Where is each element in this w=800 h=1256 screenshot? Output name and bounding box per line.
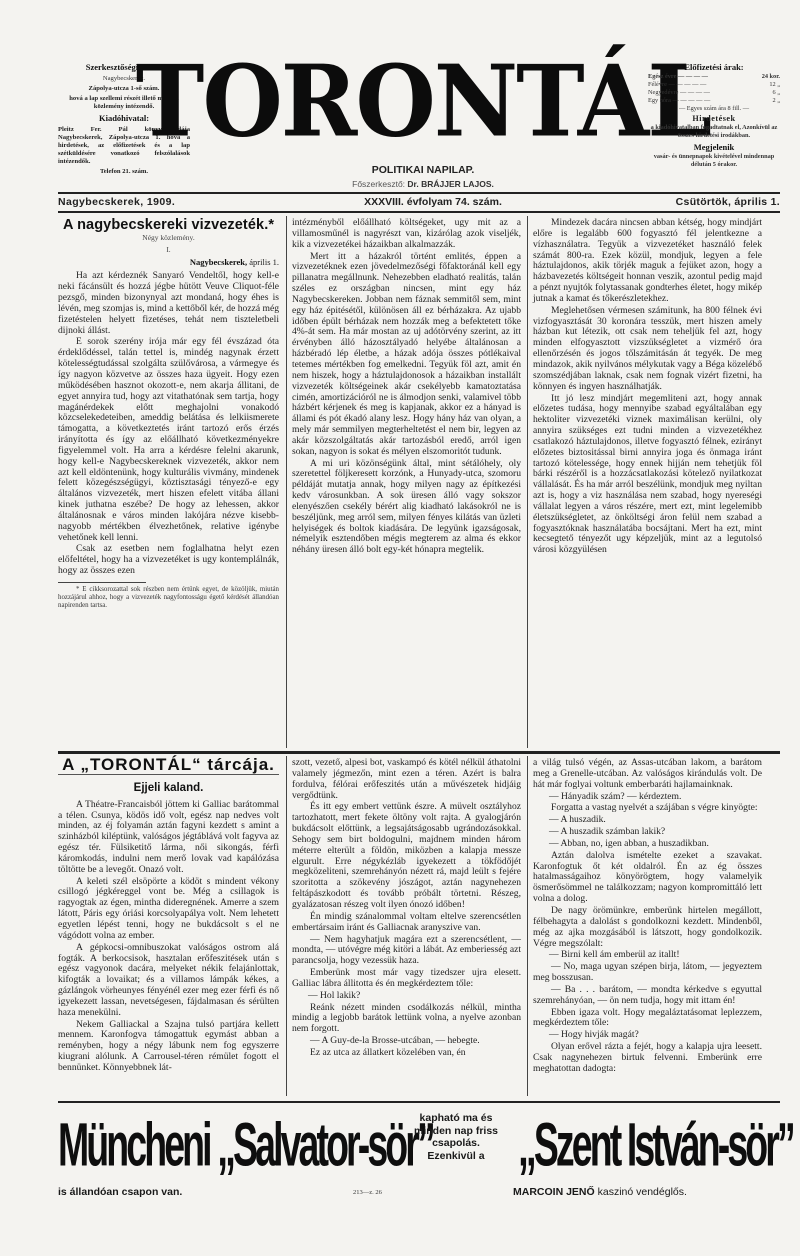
article-column-1: A nagybecskereki vizvezeték.* Négy közle… [58,216,279,748]
ads-text: a kiadóhivatalban fogadtatnak el, Azonkí… [648,124,780,140]
dialogue-line: — A huszadik. [533,815,762,826]
article-dateline: Nagybecskerek, április 1. [58,257,279,268]
newspaper-subtitle: POLITIKAI NAPILAP. [208,164,638,176]
single-issue-price: — Egyes szám ára 8 fill. — [648,105,780,113]
appears-heading: Megjelenik [648,142,780,153]
divider [58,211,780,213]
editor-name: Dr. BRÁJJER LAJOS. [407,179,493,189]
paragraph: — A Guy-de-la Brosse-utcában, — hebegte. [292,1036,521,1047]
paragraph: És itt egy embert vettünk észre. A müvel… [292,802,521,910]
paragraph: Csak az esetben nem foglalhatna helyt ez… [58,544,279,577]
paragraph: E sorok szerény irója már egy fél évszáz… [58,337,279,543]
availability-text: kapható ma és minden nap friss csapolás.… [396,1112,516,1162]
column-divider [286,216,287,748]
paragraph: szott, vezető, alpesi bot, vaskampó és k… [292,758,521,801]
dateline-bar: Nagybecskerek, 1909. XXXVIII. évfolyam 7… [58,196,780,210]
price-row: Félévre — — — — —12 „ [648,81,780,89]
dialogue-line: — Hol lakik? [292,991,521,1002]
dialogue-line: — A huszadik számban lakik? [533,827,762,838]
newspaper-page: Szerkesztőségi iroda: Nagybecskerek. Záp… [58,48,780,1238]
paragraph: Ez az utca az állatkert közelében van, é… [292,1048,521,1059]
subscription-box: Előfizetési árak: Egész évre — — — —24 k… [648,62,780,169]
paragraph: Nekem Galliackal a Szajna tulsó partjára… [58,1020,279,1074]
weekday-date: Csütörtök, április 1. [676,196,780,208]
ad-code: 213—z. 26 [353,1189,382,1196]
paragraph: A gépkocsi-omnibuszokat valóságos ostrom… [58,943,279,1019]
paragraph: A keleti szél elsöpörte a ködöt s minden… [58,877,279,942]
dialogue-line: — Hogy hivják magát? [533,1030,762,1041]
footnote: * E cikksorozattal sok részben nem értün… [58,586,279,610]
article-column-3: Mindezek dacára nincsen abban kétség, ho… [533,218,762,748]
feuilleton-column-3: a világ tulsó végén, az Assas-utcában la… [533,758,762,1096]
editor-label: Főszerkesztő: [352,179,405,189]
paragraph: Ha azt kérdeznék Sanyaró Vendeltől, hogy… [58,271,279,336]
paragraph: Olyan erővel rázta a fejét, hogy a kalap… [533,1042,762,1075]
paragraph: — Ba . . . barátom, — mondta kérkedve s … [533,985,762,1007]
article-subtitle: Négy közlemény. [58,233,279,244]
divider [58,192,780,194]
paragraph: Ebben igaza volt. Hogy megaláztatásomat … [533,1008,762,1030]
paragraph: — Nem hagyhatjuk magára ezt a szerencsét… [292,935,521,968]
story-title: Ejjeli kaland. [58,783,279,794]
paragraph: a világ tulsó végén, az Assas-utcában la… [533,758,762,791]
appears-text: vasár- és ünnepnapok kivételével mindenn… [648,153,780,169]
editor-in-chief: Főszerkesztő: Dr. BRÁJJER LAJOS. [208,179,638,189]
newspaper-title: TORONTÁL [217,51,630,151]
always-on-tap-text: is állandóan csapon van. [58,1186,182,1198]
dialogue-line: — Birni kell ám emberül az itallt! [533,950,762,961]
column-divider [286,756,287,1096]
paragraph: — No, maga ugyan szépen birja, látom, — … [533,962,762,984]
footnote-divider [58,582,146,583]
paragraph: A mi uri közönségünk által, mint sétálóh… [292,459,521,557]
paragraph: Mert itt a házakról történt emlités, épp… [292,252,521,458]
price-row: Egy hóra — — — — —2 „ [648,97,780,105]
telephone: Telefon 21. szám. [58,168,190,176]
section-divider [58,751,780,754]
feuilleton-title: A „TORONTÁL“ tárcája. [58,760,279,771]
paragraph: Én mindig szánalommal voltam eltelve sze… [292,912,521,934]
section-divider [58,1101,780,1103]
article-title: A nagybecskereki vizvezeték.* [58,220,279,231]
ads-heading: Hirdetések [648,113,780,124]
paragraph: Meglehetősen vérmesen számitunk, ha 800 … [533,306,762,393]
subscription-heading: Előfizetési árak: [648,62,780,73]
paragraph: A Théatre-Francaisból jöttem ki Galliac … [58,800,279,876]
salvator-beer-headline: Müncheni „Salvator-sör” [58,1110,433,1181]
price-row: Egész évre — — — —24 kor. [648,73,780,81]
dialogue-line: — Abban, no, igen abban, a huszadikban. [533,839,762,850]
paragraph: Emberünk most már vagy tizedszer ujra el… [292,968,521,990]
paragraph: Reánk nézett minden csodálkozás nélkül, … [292,1003,521,1036]
paragraph: Forgatta a vastag nyelvét a szájában s v… [533,803,762,814]
paragraph: De nagy örömünkre, emberünk hirtelen meg… [533,906,762,949]
article-part: I. [58,245,279,256]
article-column-2: intézményből előállható költségeket, ugy… [292,218,521,748]
paragraph: Mindezek dacára nincsen abban kétség, ho… [533,218,762,305]
price-row: Negyedévre — — — —6 „ [648,89,780,97]
paragraph: intézményből előállható költségeket, ugy… [292,218,521,251]
paragraph: Aztán dalolva ismételte ezeket a szavaka… [533,851,762,905]
advertiser-name: MARCOIN JENŐ kaszinó vendéglős. [513,1186,687,1198]
feuilleton-column-2: szott, vezető, alpesi bot, vaskampó és k… [292,758,521,1096]
column-divider [527,756,528,1096]
szent-istvan-beer-headline: „Szent István-sör” [518,1110,793,1181]
feuilleton-column-1: A „TORONTÁL“ tárcája. Ejjeli kaland. A T… [58,760,279,1098]
column-divider [527,216,528,748]
beer-advertisement: Müncheni „Salvator-sör” kapható ma és mi… [58,1110,780,1200]
paragraph: Itt jó lesz mindjárt megemliteni azt, ho… [533,394,762,557]
volume-issue: XXXVIII. évfolyam 74. szám. [313,196,553,208]
dialogue-line: — Hányadik szám? — kérdeztem. [533,792,762,803]
place-year: Nagybecskerek, 1909. [58,196,175,208]
